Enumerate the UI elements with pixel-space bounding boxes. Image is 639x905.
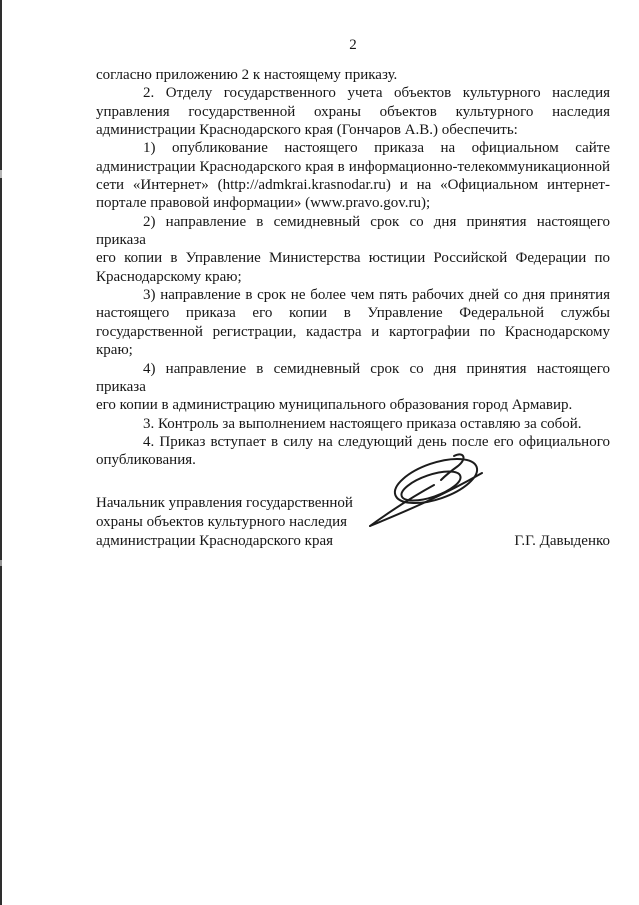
body-line: 3. Контроль за выполнением настоящего пр…	[96, 415, 610, 433]
page-number: 2	[96, 36, 610, 54]
signatory-name: Г.Г. Давыденко	[514, 532, 610, 551]
body-line: краю;	[96, 341, 610, 359]
body-line: 4. Приказ вступает в силу на следующий д…	[96, 433, 610, 451]
body-line: сети «Интернет» (http://admkrai.krasnoda…	[96, 176, 610, 194]
body-line: 1) опубликование настоящего приказа на о…	[96, 139, 610, 157]
text-column: 2 согласно приложению 2 к настоящему при…	[96, 36, 610, 552]
body-line: администрации Краснодарского края в инфо…	[96, 158, 610, 176]
signatory-title-line: охраны объектов культурного наследия	[96, 513, 610, 532]
body-line: 2) направление в семидневный срок со дня…	[96, 213, 610, 250]
body-line: Краснодарскому краю;	[96, 268, 610, 286]
scan-edge-artifact	[0, 0, 2, 905]
body-line: государственной регистрации, кадастра и …	[96, 323, 610, 341]
body-line: его копии в Управление Министерства юсти…	[96, 249, 610, 267]
body-line: настоящего приказа его копии в Управлени…	[96, 304, 610, 322]
handwritten-signature-scrawl	[358, 436, 498, 536]
document-page: 2 согласно приложению 2 к настоящему при…	[0, 0, 639, 905]
signature-block: Начальник управления государственной охр…	[96, 494, 610, 552]
body-line: его копии в администрацию муниципального…	[96, 396, 610, 414]
body-line: согласно приложению 2 к настоящему прика…	[96, 66, 610, 84]
body-line: администрации Краснодарского края (Гонча…	[96, 121, 610, 139]
body-line: 2. Отделу государственного учета объекто…	[96, 84, 610, 102]
body-line: 4) направление в семидневный срок со дня…	[96, 360, 610, 397]
document-body: согласно приложению 2 к настоящему прика…	[96, 66, 610, 470]
signatory-title-line: Начальник управления государственной	[96, 494, 610, 513]
body-line: опубликования.	[96, 451, 610, 469]
body-line: портале правовой информации» (www.pravo.…	[96, 194, 610, 212]
body-line: управления государственной охраны объект…	[96, 103, 610, 121]
body-line: 3) направление в срок не более чем пять …	[96, 286, 610, 304]
